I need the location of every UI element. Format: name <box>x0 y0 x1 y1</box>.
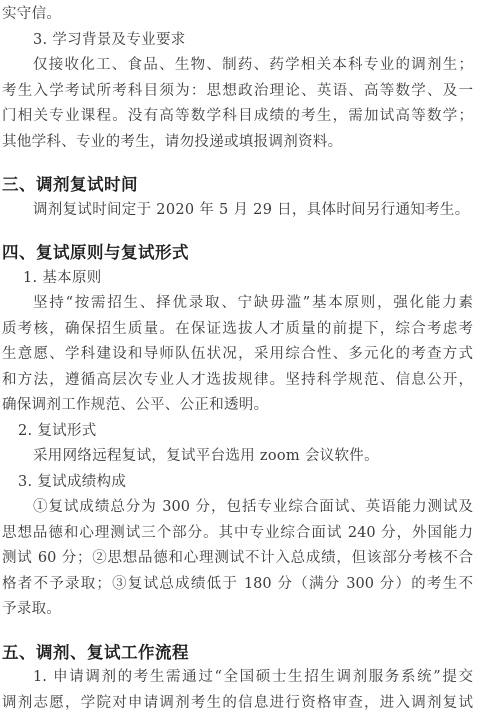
paragraph-line: 和方法，遵循高层次专业人才选拔规律。坚持科学规范、信息公开， <box>2 368 473 394</box>
document-page: 实守信。 3. 学习背景及专业要求 仅接收化工、食品、生物、制药、药学相关本科专… <box>0 0 478 716</box>
paragraph-line: 思想品德和心理测试三个部分。其中专业综合面试 240 分，外国能力 <box>2 521 473 547</box>
item-basic-principle-label: 1. 基本原则 <box>2 266 473 292</box>
paragraph-line: 测试 60 分；②思想品德和心理测试不计入总成绩，但该部分考核不合 <box>2 546 473 572</box>
carryover-line: 实守信。 <box>2 2 473 28</box>
item-score-composition-label: 3. 复试成绩构成 <box>2 470 473 496</box>
paragraph-line: 质考核，确保招生质量。在保证选拔人才质量的前提下，综合考虑考 <box>2 317 473 343</box>
heading-section-3-time: 三、调剂复试时间 <box>2 172 473 198</box>
paragraph-line: 考生入学考试所考科目须为：思想政治理论、英语、高等数学、及一 <box>2 79 473 105</box>
paragraph-line: 其他学科、专业的考生，请勿投递或填报调剂资料。 <box>2 130 473 156</box>
paragraph-line: 1. 申请调剂的考生需通过“全国硕士生招生调剂服务系统”提交 <box>2 665 473 691</box>
paragraph-line: 调剂志愿，学院对申请调剂考生的信息进行资格审查，进入调剂复试 <box>2 691 473 716</box>
heading-section-5-workflow: 五、调剂、复试工作流程 <box>2 640 473 666</box>
paragraph-line: 格者不予录取；③复试总成绩低于 180 分（满分 300 分）的考生不 <box>2 572 473 598</box>
item-exam-format-label: 2. 复试形式 <box>2 419 473 445</box>
paragraph-line: 确保调剂工作规范、公平、公正和透明。 <box>2 393 473 419</box>
paragraph-line: 调剂复试时间定于 2020 年 5 月 29 日，具体时间另行通知考生。 <box>2 198 473 224</box>
paragraph-line: 予录取。 <box>2 597 473 623</box>
item-study-background-label: 3. 学习背景及专业要求 <box>2 28 473 54</box>
paragraph-line: 门相关专业课程。没有高等数学科目成绩的考生，需加试高等数学； <box>2 104 473 130</box>
paragraph-line: 仅接收化工、食品、生物、制药、药学相关本科专业的调剂生； <box>2 53 473 79</box>
paragraph-line: 采用网络远程复试，复试平台选用 zoom 会议软件。 <box>2 444 473 470</box>
paragraph-line: ①复试成绩总分为 300 分，包括专业综合面试、英语能力测试及 <box>2 495 473 521</box>
paragraph-line: 坚持“按需招生、择优录取、宁缺毋滥”基本原则，强化能力素 <box>2 291 473 317</box>
heading-section-4-principles: 四、复试原则与复试形式 <box>2 240 473 266</box>
paragraph-line: 生意愿、学科建设和导师队伍状况，采用综合性、多元化的考查方式 <box>2 342 473 368</box>
